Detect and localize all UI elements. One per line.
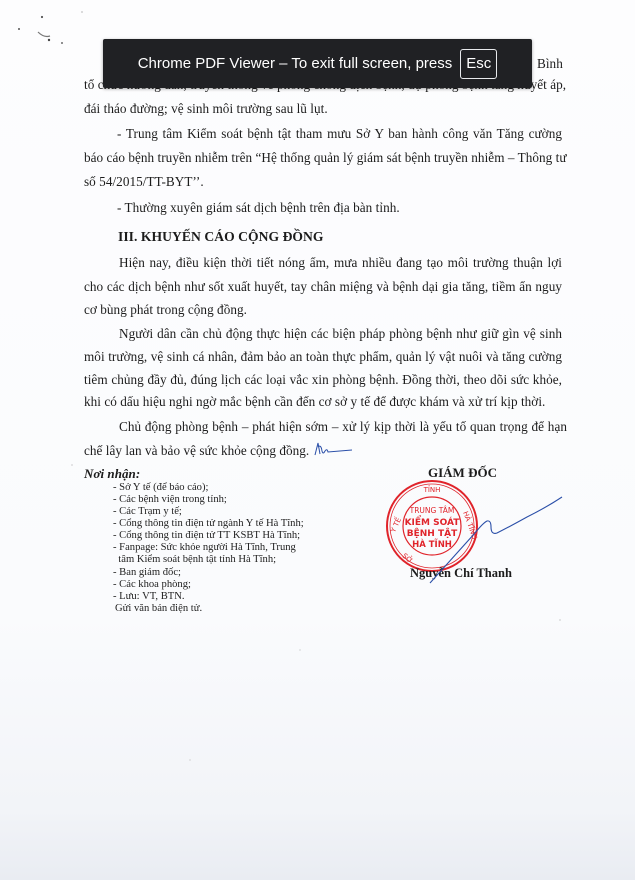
section-heading: III. KHUYẾN CÁO CỘNG ĐỒNG <box>118 229 324 245</box>
recipient-item: - Cổng thông tin điện tử ngành Y tế Hà T… <box>113 518 304 529</box>
recipient-item: - Lưu: VT, BTN. <box>113 591 185 602</box>
stamp-ring-top: TỈNH <box>423 485 441 494</box>
esc-key-hint[interactable]: Esc <box>460 49 497 79</box>
stamp-line: TRUNG TÂM <box>409 506 455 515</box>
para3-line-1: Chủ động phòng bệnh – phát hiện sớm – xử… <box>119 419 567 435</box>
stamp-line: BỆNH TẬT <box>407 528 458 539</box>
recipients-footer: Gửi văn bản điện tử. <box>115 603 202 614</box>
bullet-para-line-2: báo cáo bệnh truyền nhiễm trên “Hệ thống… <box>84 150 562 166</box>
para2-line-4: khi có dấu hiệu nghi ngờ mắc bệnh cần đế… <box>84 394 545 410</box>
fullscreen-exit-toast: Chrome PDF Viewer – To exit full screen,… <box>103 39 532 88</box>
bullet-para-line-1: - Trung tâm Kiểm soát bệnh tật tham mưu … <box>117 126 562 142</box>
official-stamp: TỈNH Y TẾ HÀ TĨNH SỞ TRUNG TÂM KIỂM SOÁT… <box>384 478 480 574</box>
pdf-page: Bình tổ chức hướng dẫn, truyền thông về … <box>0 0 635 880</box>
initial-mark <box>312 439 362 461</box>
para2-line-1: Người dân cần chủ động thực hiện các biệ… <box>119 326 562 342</box>
recipient-item: - Các bệnh viện trong tỉnh; <box>113 494 227 505</box>
recipient-item: - Các Trạm y tế; <box>113 506 182 517</box>
para1-line-3: cơ bùng phát trong cộng đồng. <box>84 302 247 318</box>
stamp-ring-bottom: SỞ <box>401 550 416 565</box>
recipient-item: - Ban giám đốc; <box>113 567 181 578</box>
para1-line-1: Hiện nay, điều kiện thời tiết nóng ẩm, m… <box>119 255 562 271</box>
recipient-item: tâm Kiểm soát bệnh tật tỉnh Hà Tĩnh; <box>113 554 276 565</box>
recipients-title: Nơi nhận: <box>84 466 140 482</box>
stamp-line: HÀ TĨNH <box>412 538 452 550</box>
para2-line-2: môi trường, vệ sinh cá nhân, đảm bảo an … <box>84 349 562 365</box>
stamp-ring-left: Y TẾ <box>387 515 403 534</box>
toast-message: Chrome PDF Viewer – To exit full screen,… <box>138 55 453 72</box>
para3-line-2: chế lây lan và bảo vệ sức khỏe cộng đồng… <box>84 443 309 459</box>
partial-text-line-3: đái tháo đường; vệ sinh môi trường sau l… <box>84 101 328 117</box>
para2-line-3: tiêm chủng đầy đủ, đúng lịch các loại vắ… <box>84 372 562 388</box>
partial-text-line-1: Bình <box>537 56 563 72</box>
recipient-item: - Các khoa phòng; <box>113 579 191 590</box>
stamp-line: KIỂM SOÁT <box>405 515 461 528</box>
recipient-item: - Fanpage: Sức khỏe người Hà Tĩnh, Trung <box>113 542 296 553</box>
recipient-item: - Sở Y tế (để báo cáo); <box>113 482 208 493</box>
signer-name: Nguyễn Chí Thanh <box>410 566 512 581</box>
bullet-surveillance: - Thường xuyên giám sát dịch bệnh trên đ… <box>117 200 400 216</box>
recipient-item: - Cổng thông tin điện tử TT KSBT Hà Tĩnh… <box>113 530 300 541</box>
bullet-para-line-3: số 54/2015/TT-BYT’’. <box>84 174 204 190</box>
para1-line-2: cho các dịch bệnh như sốt xuất huyết, ta… <box>84 279 562 295</box>
